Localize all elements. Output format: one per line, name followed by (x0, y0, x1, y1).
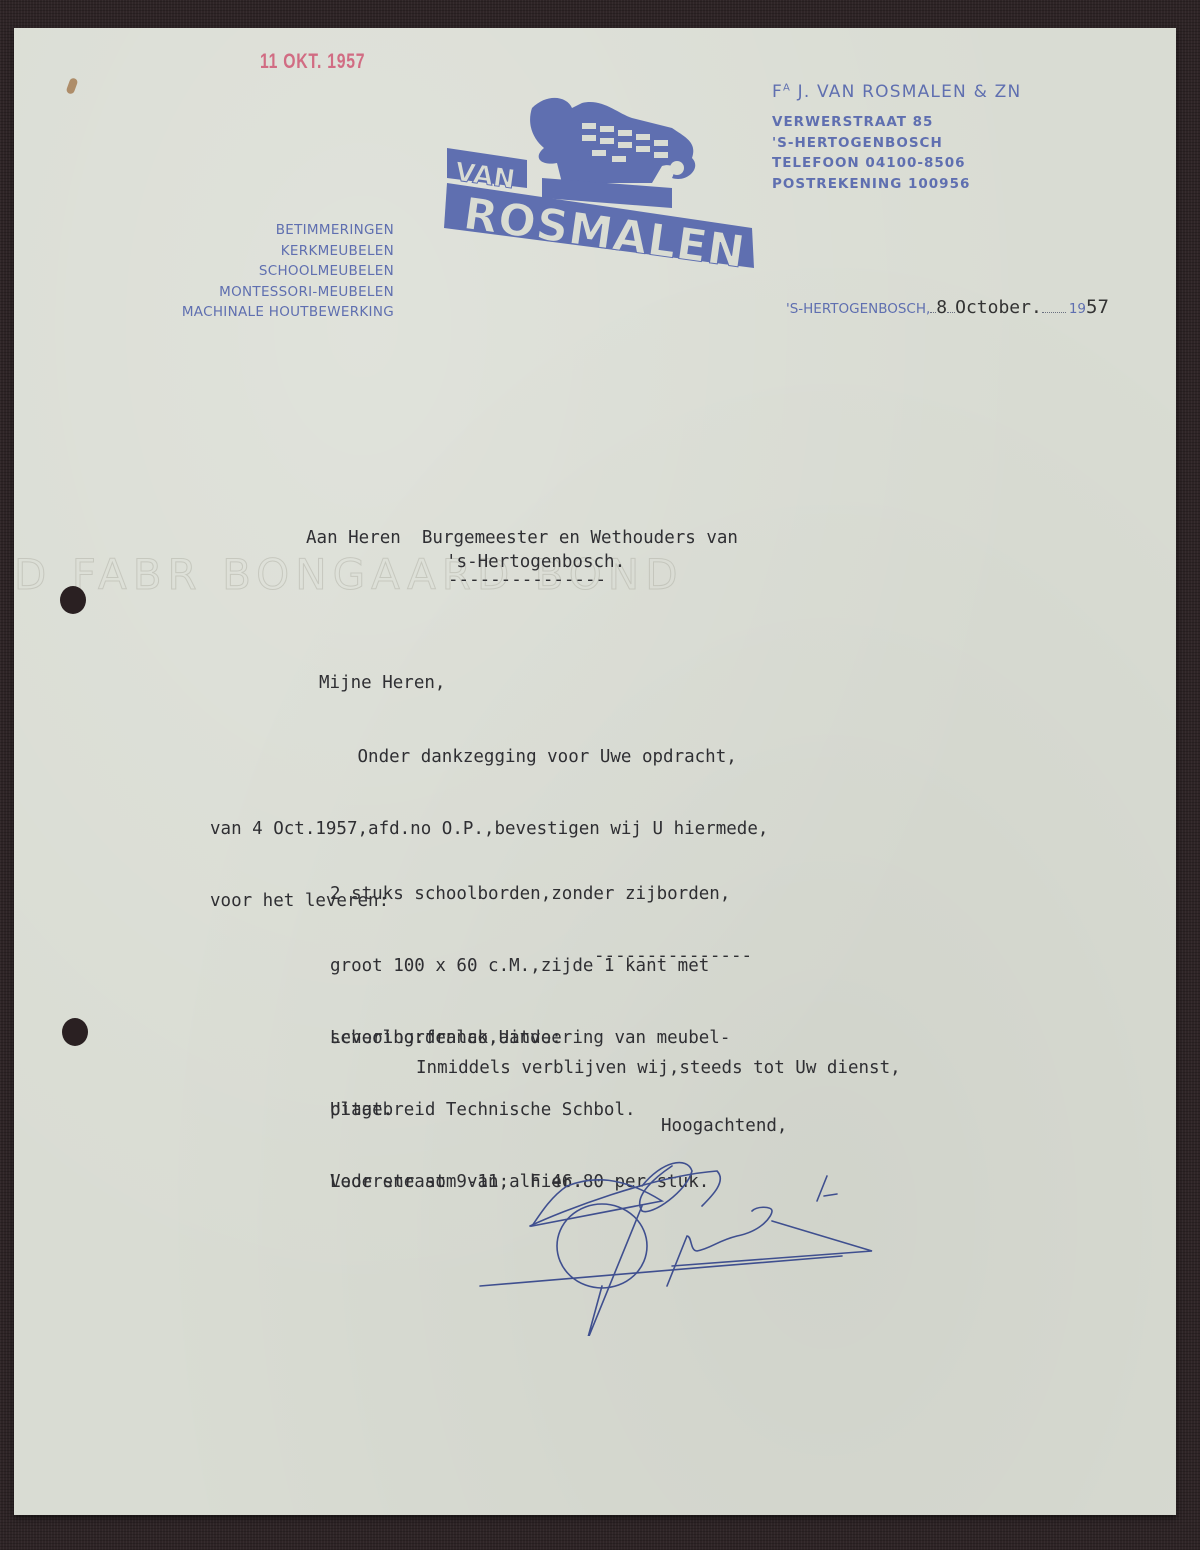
punch-hole (62, 1018, 88, 1046)
service-item: MACHINALE HOUTBEWERKING (182, 302, 394, 323)
address-street: VERWERSTRAAT 85 (772, 112, 970, 133)
punch-hole (60, 586, 86, 614)
service-item: SCHOOLMEUBELEN (182, 261, 394, 282)
van-rosmalen-logo: VAN ROSMALEN (432, 88, 762, 283)
address-city: 'S-HERTOGENBOSCH (772, 133, 970, 154)
service-item: KERKMEUBELEN (182, 241, 394, 262)
dateline-year-prefix: 19 (1069, 301, 1086, 317)
signature (472, 1136, 892, 1336)
services-list: BETIMMERINGEN KERKMEUBELEN SCHOOLMEUBELE… (182, 220, 394, 323)
recipient-line1: Aan Heren Burgemeester en Wethouders van (306, 528, 738, 548)
address-phone: TELEFOON 04100-8506 (772, 153, 970, 174)
recipient-underline: --------------- (448, 570, 606, 590)
letter-paper: 11 OKT. 1957 VAN ROSMALEN (14, 28, 1176, 1515)
delivery-line: Levering:franco,aande: (330, 1026, 636, 1050)
recipient-line2: 's-Hertogenbosch. (446, 552, 625, 572)
company-name: FA J. VAN ROSMALEN & ZN (772, 82, 1021, 102)
address-giro: POSTREKENING 100956 (772, 174, 970, 195)
dateline: 'S-HERTOGENBOSCH,8October.1957 (786, 296, 1109, 318)
body-line: Onder dankzegging voor Uwe opdracht, (210, 745, 768, 769)
service-item: BETIMMERINGEN (182, 220, 394, 241)
price-underline: --------------- (594, 946, 752, 966)
salutation: Mijne Heren, (319, 673, 445, 693)
date-day: 8 (936, 297, 947, 318)
service-item: MONTESSORI-MEUBELEN (182, 282, 394, 303)
date-month: October. (955, 297, 1042, 318)
paper-stain (66, 77, 79, 95)
item-line: 2 stuks schoolborden,zonder zijborden, (330, 882, 730, 906)
delivery-line: Uitgebreid Technische Schbol. (330, 1098, 636, 1122)
dateline-city: 'S-HERTOGENBOSCH, (786, 301, 930, 317)
closing-line: Inmiddels verblijven wij,steeds tot Uw d… (416, 1058, 901, 1078)
date-year: 57 (1086, 296, 1109, 318)
received-date-stamp: 11 OKT. 1957 (260, 50, 365, 74)
valediction: Hoogachtend, (661, 1116, 787, 1136)
company-address: VERWERSTRAAT 85 'S-HERTOGENBOSCH TELEFOO… (772, 112, 970, 194)
